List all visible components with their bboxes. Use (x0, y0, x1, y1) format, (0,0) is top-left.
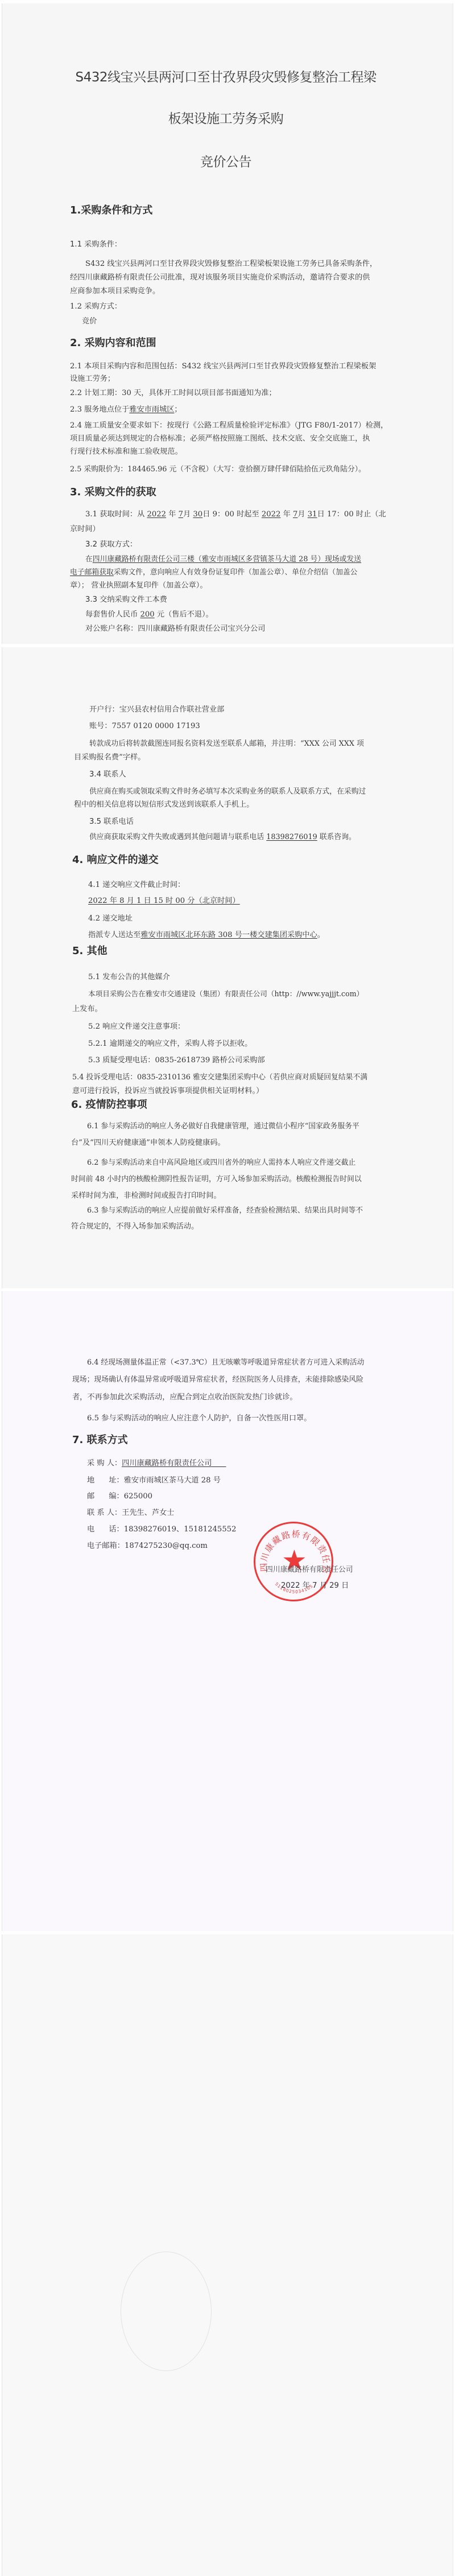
s3-3-fee: 每套售价人民币 200 元（售后不退）。 (85, 610, 213, 620)
company-address-link[interactable]: 四川康藏路桥有限责任公司三楼（雅安市雨城区多营镇茶马大道 28 号）现场或发送 (93, 555, 361, 564)
address-row: 地 址：雅安市雨城区茶马大道 28 号 (87, 1476, 221, 1486)
signature-company: 四川康藏路桥有限责任公司 (266, 1565, 353, 1575)
document-page-1 (2, 3, 453, 644)
email-acquire-link[interactable]: 电子邮箱获取 (70, 568, 114, 577)
document-page-4-blank (2, 1934, 453, 2576)
s3-5-text: 供应商获取采购文件失败或遇到其他问题请与联系电话 18398276019 联系咨… (89, 832, 356, 843)
s6-4-line-2: 现场；现场确认有体温异常或呼吸道异常症状者，经医院医务人员排查，未能排除感染风险 (72, 1375, 363, 1385)
s6-2-line-1: 6.2 参与采购活动来自中高风险地区或四川省外的响应人需持本人响应文件递交截止 (87, 1158, 355, 1168)
s5-1-text-1: 本项目采购公告在雅安市交通建设（集团）有限责任公司（http：//www.yaj… (88, 989, 363, 999)
submission-address-link[interactable]: 雅安市雨城区北环东路 308 号一楼交建集团采购中心 (140, 931, 317, 939)
purchaser-row: 采 购 人：四川康藏路桥有限责任公司 (87, 1458, 226, 1469)
section-2-heading: 2. 采购内容和范围 (70, 338, 156, 348)
response-deadline: 2022 年 8 月 1 日 15 时 00 分（北京时间） (88, 896, 240, 906)
s4-2-label: 4.2 递交地址 (88, 914, 133, 924)
s5-1-text-2: 上发布。 (72, 1004, 102, 1014)
s6-4-line-1: 6.4 经现场测量体温正常（<37.3℃）且无咳嗽等呼吸道异常症状者方可进入采购… (87, 1358, 364, 1368)
s5-2-label: 5.2 响应文件递交注意事项： (88, 1022, 185, 1032)
s6-3-line-2: 符合规定的，不得入场参加采购活动。 (71, 1222, 198, 1232)
s6-2-line-2: 时间前 48 小时内的核酸检测阴性报告证明，方可入场参加采购活动。核酸检测报告时… (71, 1174, 362, 1185)
account-number: 账号：7557 0120 0000 17193 (89, 721, 200, 732)
phone-row: 电 话：18398276019、15181245552 (87, 1525, 237, 1535)
s1-2-value: 竞价 (82, 317, 97, 327)
section-7-heading: 7. 联系方式 (72, 1435, 128, 1445)
section-4-heading: 4. 响应文件的递交 (72, 855, 159, 865)
s1-1-text-2: 经四川康藏路桥有限责任公司批准，现对该服务项目实施竞价采购活动，邀请符合要求的供 (70, 273, 370, 283)
s3-2-line-3: 章）； 营业执照副本复印件（加盖公章）。 (70, 581, 208, 591)
s2-3: 2.3 服务地点位于雅安市雨城区； (70, 405, 182, 415)
s1-1-label: 1.1 采购条件： (70, 240, 122, 250)
s3-3-label: 3.3 交纳采购文件工本费 (85, 595, 167, 605)
s6-5: 6.5 参与采购活动的响应人应注意个人防护，自备一次性医用口罩。 (87, 1414, 311, 1424)
s5-1-label: 5.1 发布公告的其他媒介 (88, 972, 170, 983)
section-3-heading: 3. 采购文件的获取 (70, 487, 156, 498)
title-line-1: S432线宝兴县两河口至甘孜界段灾毁修复整治工程梁 (0, 72, 452, 83)
s1-1-text-1: S432 线宝兴县两河口至甘孜界段灾毁修复整治工程梁板架设施工劳务已具备采购条件… (85, 259, 377, 269)
s3-4-label: 3.4 联系人 (89, 770, 126, 780)
s3-2-line-1: 在四川康藏路桥有限责任公司三楼（雅安市雨城区多营镇茶马大道 28 号）现场或发送 (85, 554, 361, 565)
document-page-3 (2, 1291, 453, 1931)
s6-4-line-3: 者，不再参加此次采购活动，应配合到定点收治医院发热门诊就诊。 (72, 1392, 297, 1403)
transfer-note-1: 转款成功后将转款截图连同报名资料发送至联系人邮箱，并注明：“XXX 公司 XXX… (89, 739, 364, 749)
s5-2-1: 5.2.1 逾期递交的响应文件，采购人将予以拒收。 (88, 1039, 252, 1049)
contact-row: 联 系 人：王先生、芦女士 (87, 1508, 174, 1518)
signature-date: 2022 年 7 月 29 日 (281, 1581, 349, 1591)
bank-name: 开户行：宝兴县农村信用合作联社营业部 (89, 705, 224, 715)
s5-3-query-phone: 5.3 质疑受理电话：0835-2618739 路桥公司采购部 (88, 1055, 265, 1066)
section-1-heading: 1.采购条件和方式 (70, 206, 152, 216)
service-location: 雅安市雨城区 (129, 405, 174, 414)
s1-2-label: 1.2 采购方式： (70, 302, 122, 312)
s3-4-text-1: 供应商在购买或领取采购文件时务必填写本次采购业务的联系人及联系方式，在采购过 (89, 787, 366, 797)
s6-3-line-1: 6.3 参与采购活动的响应人应提前做好采样准备，经查验检测结果、结果出具时间等不 (87, 1206, 363, 1216)
s4-2-address-line: 指派专人送达至雅安市雨城区北环东路 308 号一楼交建集团采购中心。 (88, 930, 325, 940)
s2-4-line-1: 2.4 施工质量安全要求如下：按现行《公路工程质量检验评定标准》（JTG F80… (70, 421, 388, 431)
s2-4-line-2: 项目质量必须达到规定的合格标准；必须严格按照施工图纸、技术交底、安全交底施工，执 (70, 434, 370, 444)
s5-4-line-2: 意可进行投诉，投诉应当就投诉事项提供相关证明材料。） (72, 1086, 263, 1096)
email-value[interactable]: 1874275230@qq.com (125, 1542, 208, 1550)
postcode-row: 邮 编：625000 (87, 1492, 152, 1502)
account-name: 对公账户名称：四川康藏路桥有限责任公司宝兴分公司 (85, 624, 266, 634)
title-line-2: 板架设施工劳务采购 (0, 114, 452, 124)
s3-2-line-2: 电子邮箱获取采购文件，意向响应人有效身份证复印件（加盖公章）、单位介绍信（加盖公 (70, 568, 357, 578)
section-6-heading: 6. 疫情防控事项 (71, 1100, 147, 1110)
section-5-heading: 5. 其他 (72, 946, 107, 956)
s1-1-text-3: 应商参加本项目采购竞争。 (70, 286, 160, 297)
s2-4-line-3: 行现行技术标准和施工验收规范。 (70, 447, 183, 457)
s3-2-label: 3.2 获取方式： (85, 540, 137, 550)
s2-2: 2.2 计划工期：30 天，具体开工时间以项目部书面通知为准； (70, 388, 276, 398)
s6-1-line-1: 6.1 参与采购活动的响应人务必做好自我健康管理，通过微信小程序“国家政务服务平 (87, 1121, 359, 1132)
s5-4-line-1: 5.4 投诉受理电话：0835-2310136 雅安交建集团采购中心（若供应商对… (72, 1073, 367, 1083)
s3-1-time: 3.1 获取时间：从 2022 年 7月 30日 9：00 时起至 2022 年… (85, 510, 386, 520)
title-line-3: 竞价公告 (0, 157, 452, 167)
s4-1-label: 4.1 递交响应文件截止时间： (88, 880, 185, 890)
s3-4-text-2: 程中的相关信息将以短信形式发送到该联系人手机上。 (74, 800, 254, 810)
contact-phone-link[interactable]: 18398276019 (266, 833, 317, 841)
s2-5-price-limit: 2.5 采购限价为：184465.96 元（不含税）（大写：壹拾捌万肆仟肆佰陆拾… (70, 465, 366, 475)
transfer-note-2: 目采购报名费”字样。 (74, 753, 145, 763)
s2-1-line-2: 设施工劳务； (70, 374, 115, 384)
email-row: 电子邮箱：1874275230@qq.com (87, 1541, 208, 1551)
s6-1-line-2: 台”及“四川天府健康通”申领本人防疫健康码。 (71, 1138, 225, 1148)
s3-1-tail: 京时间） (70, 524, 100, 535)
s2-1-line-1: 2.1 本项目采购内容和范围包括：S432 线宝兴县两河口至甘孜界段灾毁修复整治… (70, 361, 376, 372)
s3-5-label: 3.5 联系电话 (89, 817, 134, 827)
purchaser-name: 四川康藏路桥有限责任公司 (122, 1459, 212, 1468)
s6-2-line-3: 采样时间为准，非检测时间或报告打印时间。 (71, 1191, 221, 1201)
faint-stamp-bleedthrough (121, 2252, 212, 2371)
